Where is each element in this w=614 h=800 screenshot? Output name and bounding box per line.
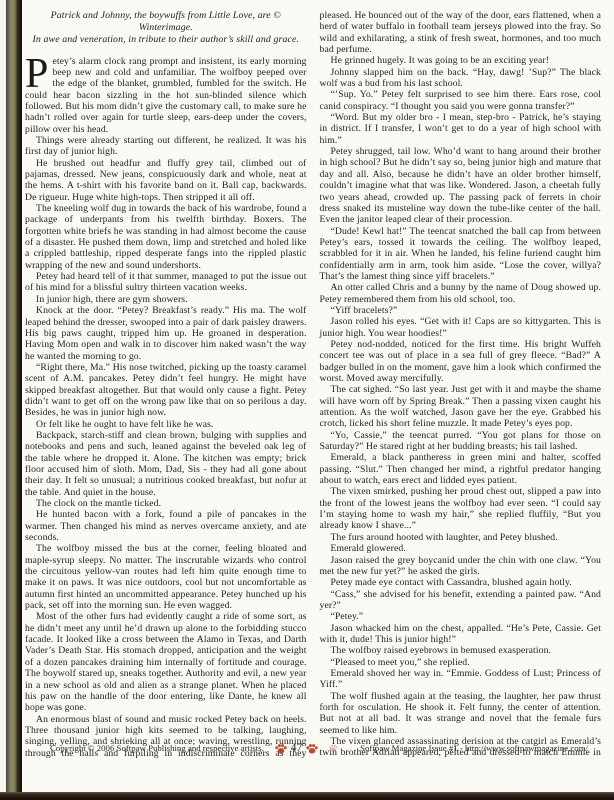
story-paragraph: The furs around hooted with laughter, an… (320, 532, 602, 543)
dedication-note: Patrick and Johnny, the boywuffs from Li… (25, 10, 307, 47)
story-paragraph: “Yiff bracelets?” (320, 305, 602, 316)
page-number: 47 (291, 742, 303, 754)
paw-print-icon (306, 743, 318, 754)
story-paragraph: Most of the other furs had evidently cau… (25, 611, 307, 713)
story-paragraph: Petey’s alarm clock rang prompt and insi… (25, 56, 307, 135)
story-paragraph: Or felt like he ought to have felt like … (25, 419, 307, 430)
story-paragraph: Things were already starting out differe… (25, 135, 307, 158)
story-paragraph: Backpack, starch-stiff and clean brown, … (25, 430, 307, 498)
story-paragraph: Knock at the door. “Petey? Breakfast’s r… (25, 305, 307, 362)
story-paragraph: Petey nod-nodded, noticed for the first … (320, 339, 602, 384)
story-paragraphs: Petey’s alarm clock rang prompt and insi… (25, 10, 601, 768)
story-paragraph: “’Sup. Yo.” Petey felt surprised to see … (320, 89, 602, 112)
paw-print-icon (275, 743, 287, 754)
book-spine-edge (6, 0, 22, 800)
story-paragraph: He grinned hugely. It was going to be an… (320, 55, 602, 66)
story-paragraph: Jason whacked him on the chest, appalled… (320, 623, 602, 646)
drop-cap: P (25, 56, 52, 90)
faint-paw-print-icon (329, 744, 338, 752)
story-paragraph: Emerald glowered. (320, 543, 602, 554)
story-paragraph: “Right there, Ma.” His nose twitched, pi… (25, 362, 307, 419)
story-paragraph: Petey shrugged, tail low. Who’d want to … (320, 146, 602, 225)
story-paragraph: “Pleased to meet you,” she replied. (320, 657, 602, 668)
story-paragraph: The cat sighed. “So last year. Just get … (320, 384, 602, 429)
story-paragraph: Petey made eye contact with Cassandra, b… (320, 577, 602, 588)
issue-info: Softpaw Magazine Issue #1 - http://www.s… (360, 743, 588, 753)
magazine-page-scan: Patrick and Johnny, the boywuffs from Li… (0, 0, 614, 800)
story-paragraph: In junior high, there are gym showers. (25, 294, 307, 305)
story-paragraph: Jason rolled his eyes. “Get with it! Cap… (320, 316, 602, 339)
story-paragraph: He brushed out headfur and fluffy grey t… (25, 158, 307, 203)
page-body: Patrick and Johnny, the boywuffs from Li… (25, 10, 601, 766)
story-paragraph: Petey had heard tell of it that summer, … (25, 271, 307, 294)
story-paragraph: The wolfboy missed the bus at the corner… (25, 543, 307, 611)
story-paragraph: The kneeling wolf dug in towards the bac… (25, 203, 307, 271)
dedication-line-1: Patrick and Johnny, the boywuffs from Li… (25, 10, 307, 34)
page-footer: Copyright © 2006 Softpaw Publishing and … (50, 742, 588, 754)
issue-info-group: Softpaw Magazine Issue #1 - http://www.s… (329, 743, 588, 753)
story-paragraph: Emerald shoved her way in. “Emmie. Godde… (320, 668, 602, 691)
story-paragraph: The vixen smirked, pushing her proud che… (320, 486, 602, 531)
story-paragraph: He hunted bacon with a fork, found a pil… (25, 509, 307, 543)
story-paragraph: An otter called Chris and a bunny by the… (320, 282, 602, 305)
story-text-columns: Patrick and Johnny, the boywuffs from Li… (25, 10, 601, 768)
dedication-line-2: In awe and veneration, in tribute to the… (25, 34, 307, 46)
story-paragraph: “Word. But my older bro - I mean, step-b… (320, 112, 602, 146)
story-paragraph: “Cass,” she advised for his benefit, ext… (320, 589, 602, 612)
copyright-text: Copyright © 2006 Softpaw Publishing and … (50, 743, 264, 753)
page-number-group: 47 (275, 742, 319, 754)
story-paragraph: The wolfboy raised eyebrows in bemused e… (320, 645, 602, 656)
story-paragraph: Johnny slapped him on the back. “Hay, da… (320, 67, 602, 90)
story-paragraph: “Petey.” (320, 611, 602, 622)
story-paragraph: “Dude! Kewl hat!” The teencat snatched t… (320, 226, 602, 283)
story-paragraph: “Yo, Cassie,” the teencat purred. “You g… (320, 430, 602, 453)
story-paragraph: The clock on the mantle ticked. (25, 498, 307, 509)
scan-bottom-edge (0, 792, 614, 800)
story-paragraph: Jason raised the grey boycanid under the… (320, 555, 602, 578)
story-paragraph: Emerald, a black pantheress in green min… (320, 452, 602, 486)
story-paragraph: The wolf flushed again at the teasing, t… (320, 691, 602, 736)
